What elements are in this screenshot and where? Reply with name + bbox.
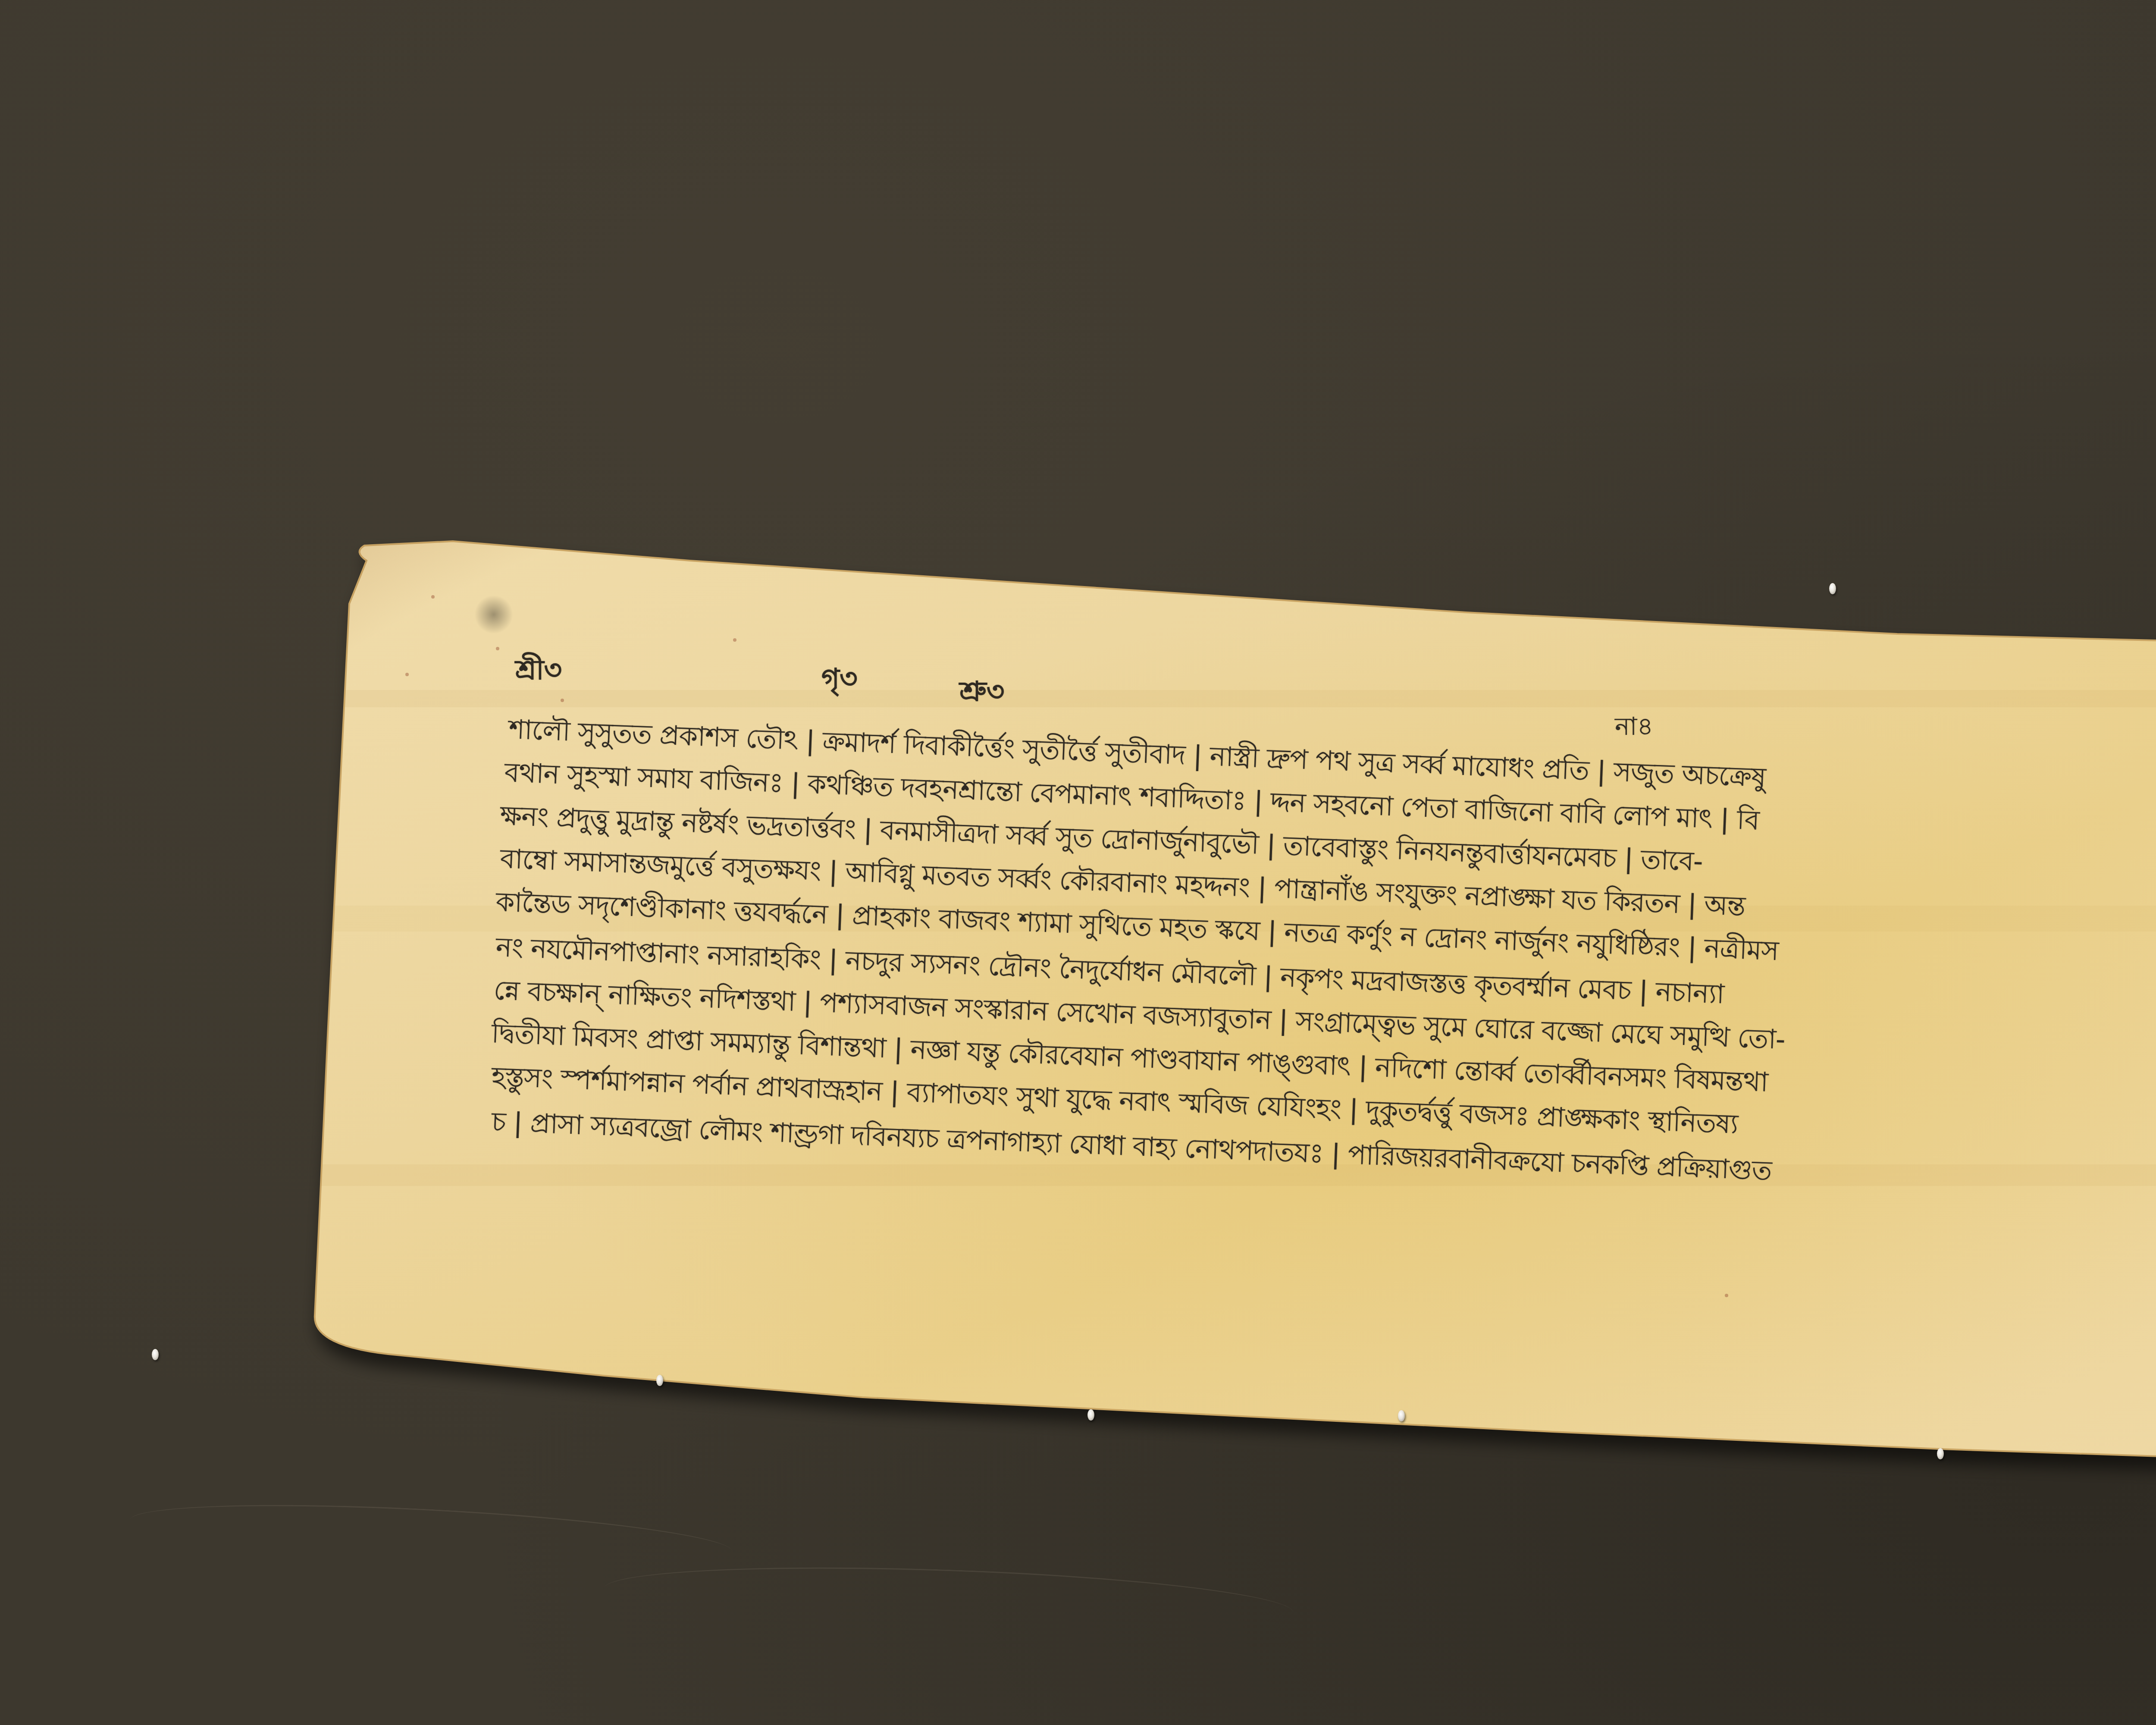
marginal-note: শ্রু৩ bbox=[959, 671, 1004, 717]
mounting-pin bbox=[1937, 1448, 1944, 1459]
foxing-speck bbox=[496, 647, 499, 650]
mounting-pin bbox=[1398, 1410, 1405, 1421]
foxing-speck bbox=[431, 595, 435, 599]
mounting-pin bbox=[656, 1375, 663, 1386]
mounting-pin bbox=[152, 1349, 159, 1360]
mounting-pin bbox=[1829, 583, 1836, 594]
foxing-speck bbox=[733, 638, 736, 642]
marginal-note: শ্রী৩ bbox=[515, 649, 562, 695]
photo-scene: শ্রী৩ গৃ৩ শ্রু৩ না৪ শালৌ সুসুতত প্রকাশস … bbox=[0, 0, 2156, 1725]
ink-smudge bbox=[474, 595, 513, 634]
foxing-speck bbox=[405, 673, 409, 676]
foxing-speck bbox=[561, 699, 564, 702]
marginal-note: গৃ৩ bbox=[821, 658, 858, 704]
folio-number: না৪ bbox=[1615, 707, 1653, 749]
mounting-pin bbox=[1087, 1409, 1094, 1421]
foxing-speck bbox=[1725, 1294, 1728, 1297]
